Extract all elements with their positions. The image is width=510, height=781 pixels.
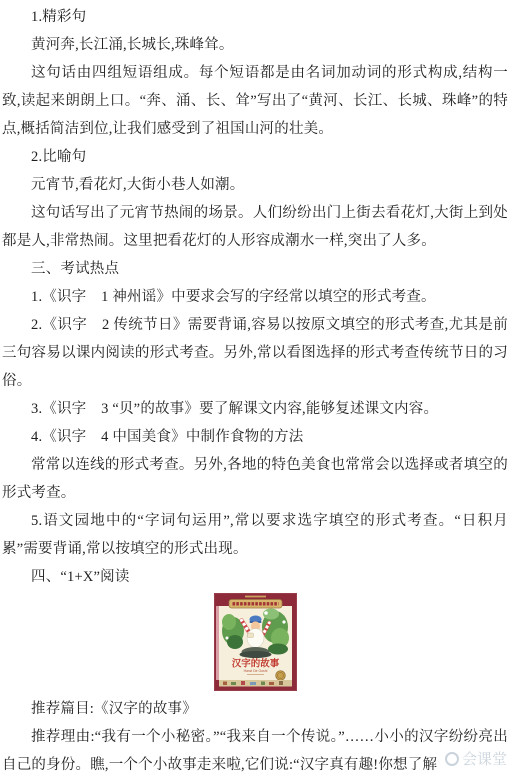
recommended-reason-line: 推荐理由:“我有一个小秘密。”“我来自一个传说。”……小小的汉字纷纷亮出自己的身… (2, 723, 508, 779)
paragraph: 5.语文园地中的“字词句运用”,常以要求选字填空的形式考查。“日积月累”需要背诵… (2, 507, 508, 563)
paragraph: 2.比喻句 (2, 143, 508, 171)
paragraph: 这句话由四组短语组成。每个短语都是由名词加动词的形式构成,结构一致,读起来朗朗上… (2, 59, 508, 143)
top-gold-text (245, 596, 266, 598)
book-cover-image: 汉字的故事 Hanzi De Gushi (2, 593, 508, 691)
article-page: 1.精彩句 黄河奔,长江涌,长城长,珠峰耸。 这句话由四组短语组成。每个短语都是… (0, 0, 510, 781)
paragraph: 4.《识字 4 中国美食》中制作食物的方法 (2, 423, 508, 451)
paragraph: 常常以连线的形式考查。另外,各地的特色美食也常常会以选择或者填空的形式考查。 (2, 451, 508, 507)
book-pinyin-text: Hanzi De Gushi (243, 669, 267, 673)
paragraph: 1.《识字 1 神州谣》中要求会写的字经常以填空的形式考查。 (2, 283, 508, 311)
series-banner (229, 600, 282, 609)
section-heading-exam-hotspots: 三、考试热点 (2, 255, 508, 283)
paragraph: 2.《识字 2 传统节日》需要背诵,容易以按原文填空的形式考查,尤其是前三句容易… (2, 311, 508, 395)
watermark-logo-icon (445, 752, 459, 766)
paragraph: 3.《识字 3 “贝”的故事》要了解课文内容,能够复述课文内容。 (2, 395, 508, 423)
paragraph: 1.精彩句 (2, 3, 508, 31)
gold-seal-icon (275, 671, 285, 681)
book-cover-illustration: 汉字的故事 Hanzi De Gushi (214, 593, 297, 691)
watermark-text: 会课堂 (462, 748, 507, 769)
paragraph: 黄河奔,长江涌,长城长,珠峰耸。 (2, 31, 508, 59)
recommended-title-line: 推荐篇目:《汉字的故事》 (2, 695, 508, 723)
paragraph: 这句话写出了元宵节热闹的场景。人们纷纷出门上街去看花灯,大街上到处都是人,非常热… (2, 199, 508, 255)
section-heading-1x-reading: 四、“1+X”阅读 (2, 563, 508, 591)
book-title-text: 汉字的故事 (231, 658, 279, 670)
watermark: 会课堂 (445, 748, 507, 769)
bottom-strip-illustration (219, 680, 292, 687)
paragraph: 元宵节,看花灯,大街小巷人如潮。 (2, 171, 508, 199)
